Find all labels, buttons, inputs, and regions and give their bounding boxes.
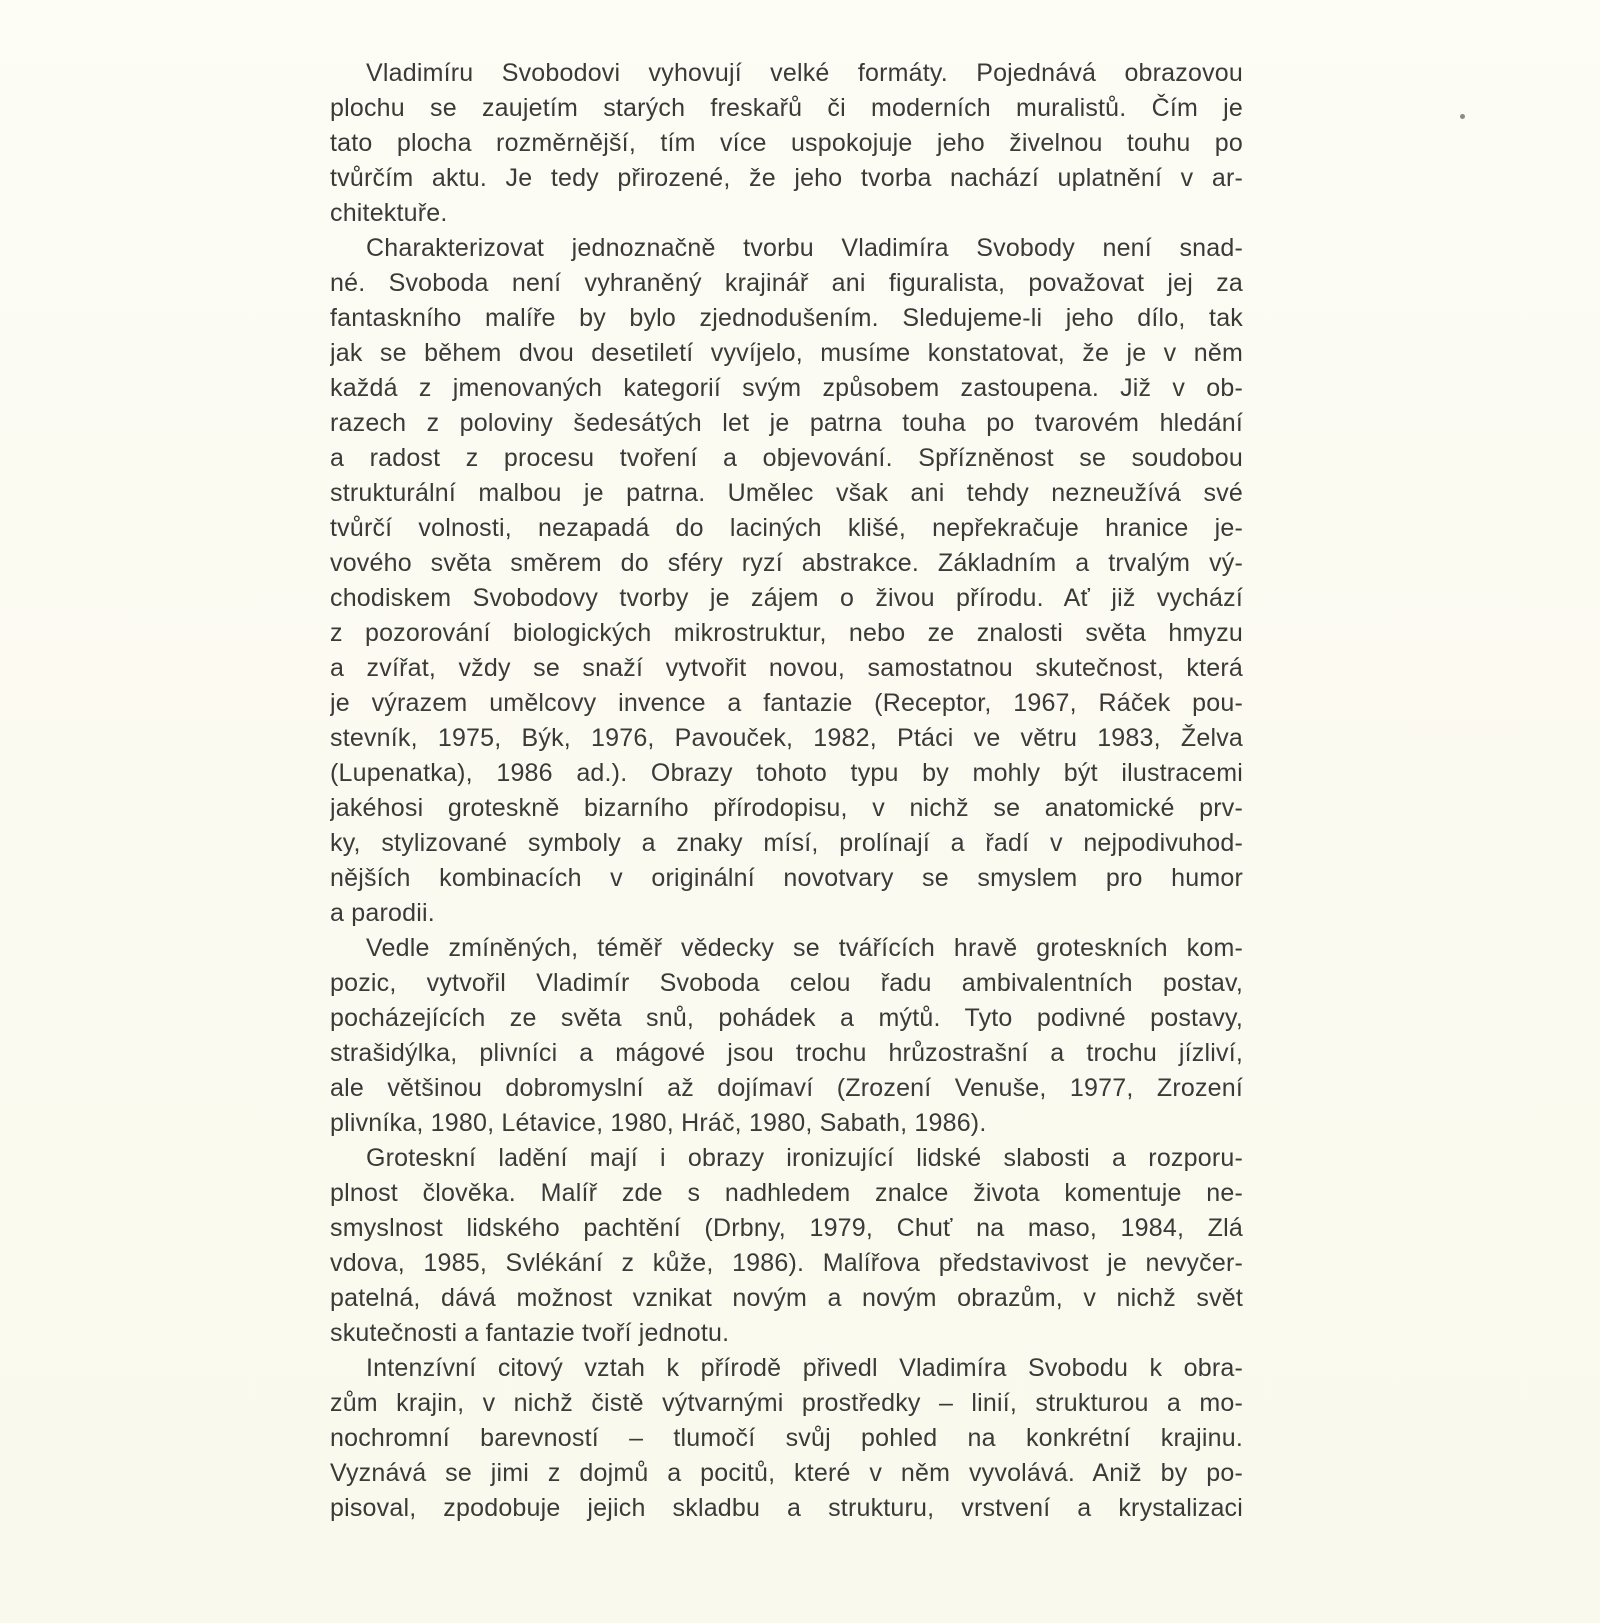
text-line: smyslnost lidského pachtění (Drbny, 1979…	[330, 1211, 1243, 1246]
text-line: razech z poloviny šedesátých let je patr…	[330, 406, 1243, 441]
text-line: a radost z procesu tvoření a objevování.…	[330, 441, 1243, 476]
text-line: stevník, 1975, Býk, 1976, Pavouček, 1982…	[330, 721, 1243, 756]
text-line: ky, stylizované symboly a znaky mísí, pr…	[330, 826, 1243, 861]
text-line: a zvířat, vždy se snaží vytvořit novou, …	[330, 651, 1243, 686]
text-line: nějších kombinacích v originální novotva…	[330, 861, 1243, 896]
text-column: Vladimíru Svobodovi vyhovují velké formá…	[330, 56, 1243, 1526]
text-line: vového světa směrem do sféry ryzí abstra…	[330, 546, 1243, 581]
paragraph: Charakterizovat jednoznačně tvorbu Vladi…	[330, 231, 1243, 931]
text-line: tvůrčí volnosti, nezapadá do laciných kl…	[330, 511, 1243, 546]
text-line: každá z jmenovaných kategorií svým způso…	[330, 371, 1243, 406]
text-line: strašidýlka, plivníci a mágové jsou troc…	[330, 1036, 1243, 1071]
text-line: Vyznává se jimi z dojmů a pocitů, které …	[330, 1456, 1243, 1491]
text-line: fantaskního malíře by bylo zjednodušením…	[330, 301, 1243, 336]
text-line: tvůrčím aktu. Je tedy přirozené, že jeho…	[330, 161, 1243, 196]
paragraph: Intenzívní citový vztah k přírodě přived…	[330, 1351, 1243, 1526]
text-line: Vedle zmíněných, téměř vědecky se tváříc…	[330, 931, 1243, 966]
text-line: chodiskem Svobodovy tvorby je zájem o ži…	[330, 581, 1243, 616]
text-line: (Lupenatka), 1986 ad.). Obrazy tohoto ty…	[330, 756, 1243, 791]
text-line: zům krajin, v nichž čistě výtvarnými pro…	[330, 1386, 1243, 1421]
text-line: chitektuře.	[330, 196, 1243, 231]
text-line: pisoval, zpodobuje jejich skladbu a stru…	[330, 1491, 1243, 1526]
text-line: pocházejících ze světa snů, pohádek a mý…	[330, 1001, 1243, 1036]
text-line: plnost člověka. Malíř zde s nadhledem zn…	[330, 1176, 1243, 1211]
text-line: plivníka, 1980, Létavice, 1980, Hráč, 19…	[330, 1106, 1243, 1141]
text-line: z pozorování biologických mikrostruktur,…	[330, 616, 1243, 651]
text-line: né. Svoboda není vyhraněný krajinář ani …	[330, 266, 1243, 301]
text-line: strukturální malbou je patrna. Umělec vš…	[330, 476, 1243, 511]
text-line: Charakterizovat jednoznačně tvorbu Vladi…	[330, 231, 1243, 266]
text-line: tato plocha rozměrnější, tím více uspoko…	[330, 126, 1243, 161]
ink-speck	[1460, 114, 1465, 119]
text-line: plochu se zaujetím starých freskařů či m…	[330, 91, 1243, 126]
text-line: pozic, vytvořil Vladimír Svoboda celou ř…	[330, 966, 1243, 1001]
paragraph: Vedle zmíněných, téměř vědecky se tváříc…	[330, 931, 1243, 1141]
text-line: vdova, 1985, Svlékání z kůže, 1986). Mal…	[330, 1246, 1243, 1281]
scanned-book-page: Vladimíru Svobodovi vyhovují velké formá…	[0, 0, 1600, 1623]
text-line: ale většinou dobromyslní až dojímaví (Zr…	[330, 1071, 1243, 1106]
text-line: patelná, dává možnost vznikat novým a no…	[330, 1281, 1243, 1316]
text-line: Intenzívní citový vztah k přírodě přived…	[330, 1351, 1243, 1386]
text-line: jak se během dvou desetiletí vyvíjelo, m…	[330, 336, 1243, 371]
text-line: skutečnosti a fantazie tvoří jednotu.	[330, 1316, 1243, 1351]
text-line: je výrazem umělcovy invence a fantazie (…	[330, 686, 1243, 721]
text-line: Groteskní ladění mají i obrazy ironizují…	[330, 1141, 1243, 1176]
paragraph: Groteskní ladění mají i obrazy ironizují…	[330, 1141, 1243, 1351]
text-line: a parodii.	[330, 896, 1243, 931]
paragraph: Vladimíru Svobodovi vyhovují velké formá…	[330, 56, 1243, 231]
text-line: nochromní barevností – tlumočí svůj pohl…	[330, 1421, 1243, 1456]
text-line: jakéhosi groteskně bizarního přírodopisu…	[330, 791, 1243, 826]
text-line: Vladimíru Svobodovi vyhovují velké formá…	[330, 56, 1243, 91]
